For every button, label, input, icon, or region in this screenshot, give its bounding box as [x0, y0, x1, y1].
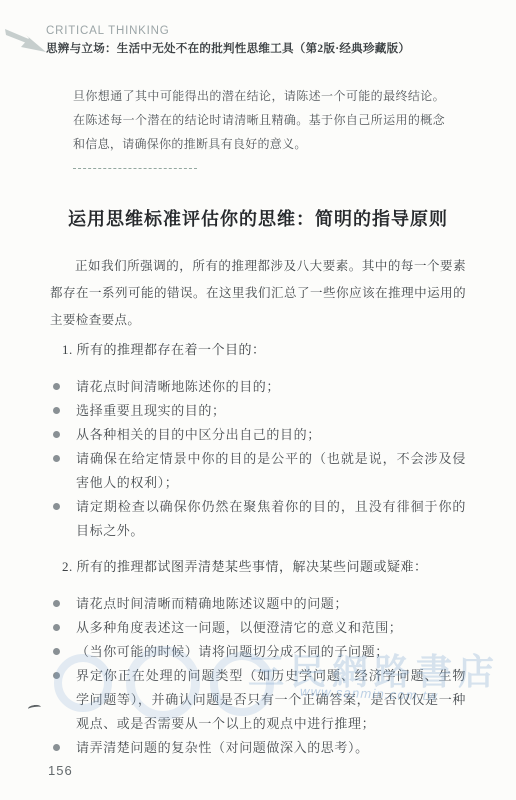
bullet-text: 请确保在给定情景中你的目的是公平的（也就是说，不会涉及侵害他人的权利）； — [76, 451, 466, 490]
list-item: 选择重要且现实的目的； — [50, 399, 466, 423]
bullet-text: 请定期检查以确保你仍然在聚焦着你的目的，且没有徘徊于你的目标之外。 — [76, 499, 466, 538]
bullet-text: 选择重要且现实的目的； — [76, 403, 226, 418]
section-heading-1: 1. 所有的推理都存在着一个目的： — [62, 340, 466, 360]
bullet-text: 请花点时间清晰而精确地陈述议题中的问题； — [76, 596, 348, 611]
page-header: CRITICAL THINKING 思辨与立场：生活中无处不在的批判性思维工具（… — [46, 25, 486, 56]
list-item: 请确保在给定情景中你的目的是公平的（也就是说，不会涉及侵害他人的权利）； — [50, 447, 466, 495]
bullet-icon — [53, 383, 60, 390]
bullet-icon — [53, 648, 60, 655]
list-item: 请弄清楚问题的复杂性（对问题做深入的思考）。 — [50, 736, 466, 760]
page-number: 156 — [48, 763, 73, 778]
page-corner-arrow-icon — [5, 28, 47, 56]
bullet-text: 从各种相关的目的中区分出自己的目的； — [76, 427, 321, 442]
section-heading-2: 2. 所有的推理都试图弄清楚某些事情，解决某些问题或疑难： — [62, 557, 466, 577]
bullet-icon — [53, 503, 60, 510]
series-title: CRITICAL THINKING — [46, 25, 486, 37]
list-item: 从各种相关的目的中区分出自己的目的； — [50, 423, 466, 447]
bullet-icon — [53, 407, 60, 414]
bullet-text: （当你可能的时候）请将问题切分成不同的子问题； — [76, 644, 389, 659]
bullet-text: 从多种角度表述这一问题，以便澄清它的意义和范围； — [76, 620, 402, 635]
bullet-icon — [53, 672, 60, 679]
article-title: 运用思维标准评估你的思维：简明的指导原则 — [50, 205, 466, 231]
bullet-icon — [53, 600, 60, 607]
intro-paragraph: 旦你想通了其中可能得出的潜在结论，请陈述一个可能的最终结论。在陈述每一个潜在的结… — [73, 84, 445, 156]
bullet-text: 界定你正在处理的问题类型（如历史学问题、经济学问题、生物学问题等），并确认问题是… — [76, 668, 466, 731]
list-item: （当你可能的时候）请将问题切分成不同的子问题； — [50, 640, 466, 664]
book-page: CRITICAL THINKING 思辨与立场：生活中无处不在的批判性思维工具（… — [0, 0, 516, 800]
bullet-text: 请花点时间清晰地陈述你的目的； — [76, 379, 280, 394]
bullet-icon — [53, 744, 60, 751]
lead-paragraph: 正如我们所强调的，所有的推理都涉及八大要素。其中的每一个要素都存在一系列可能的错… — [50, 253, 466, 334]
bullet-list-1: 请花点时间清晰地陈述你的目的； 选择重要且现实的目的； 从各种相关的目的中区分出… — [50, 375, 466, 543]
section-divider — [73, 168, 197, 169]
page-body: 旦你想通了其中可能得出的潜在结论，请陈述一个可能的最终结论。在陈述每一个潜在的结… — [50, 84, 466, 760]
bullet-icon — [53, 431, 60, 438]
list-item: 请花点时间清晰而精确地陈述议题中的问题； — [50, 592, 466, 616]
bullet-icon — [53, 455, 60, 462]
bullet-icon — [53, 624, 60, 631]
pen-mark — [28, 704, 42, 712]
list-item: 界定你正在处理的问题类型（如历史学问题、经济学问题、生物学问题等），并确认问题是… — [50, 664, 466, 736]
list-item: 请定期检查以确保你仍然在聚焦着你的目的，且没有徘徊于你的目标之外。 — [50, 495, 466, 543]
bullet-list-2: 请花点时间清晰而精确地陈述议题中的问题； 从多种角度表述这一问题，以便澄清它的意… — [50, 592, 466, 760]
bullet-text: 请弄清楚问题的复杂性（对问题做深入的思考）。 — [76, 740, 369, 755]
list-item: 请花点时间清晰地陈述你的目的； — [50, 375, 466, 399]
book-title: 思辨与立场：生活中无处不在的批判性思维工具（第2版·经典珍藏版） — [46, 40, 486, 56]
list-item: 从多种角度表述这一问题，以便澄清它的意义和范围； — [50, 616, 466, 640]
